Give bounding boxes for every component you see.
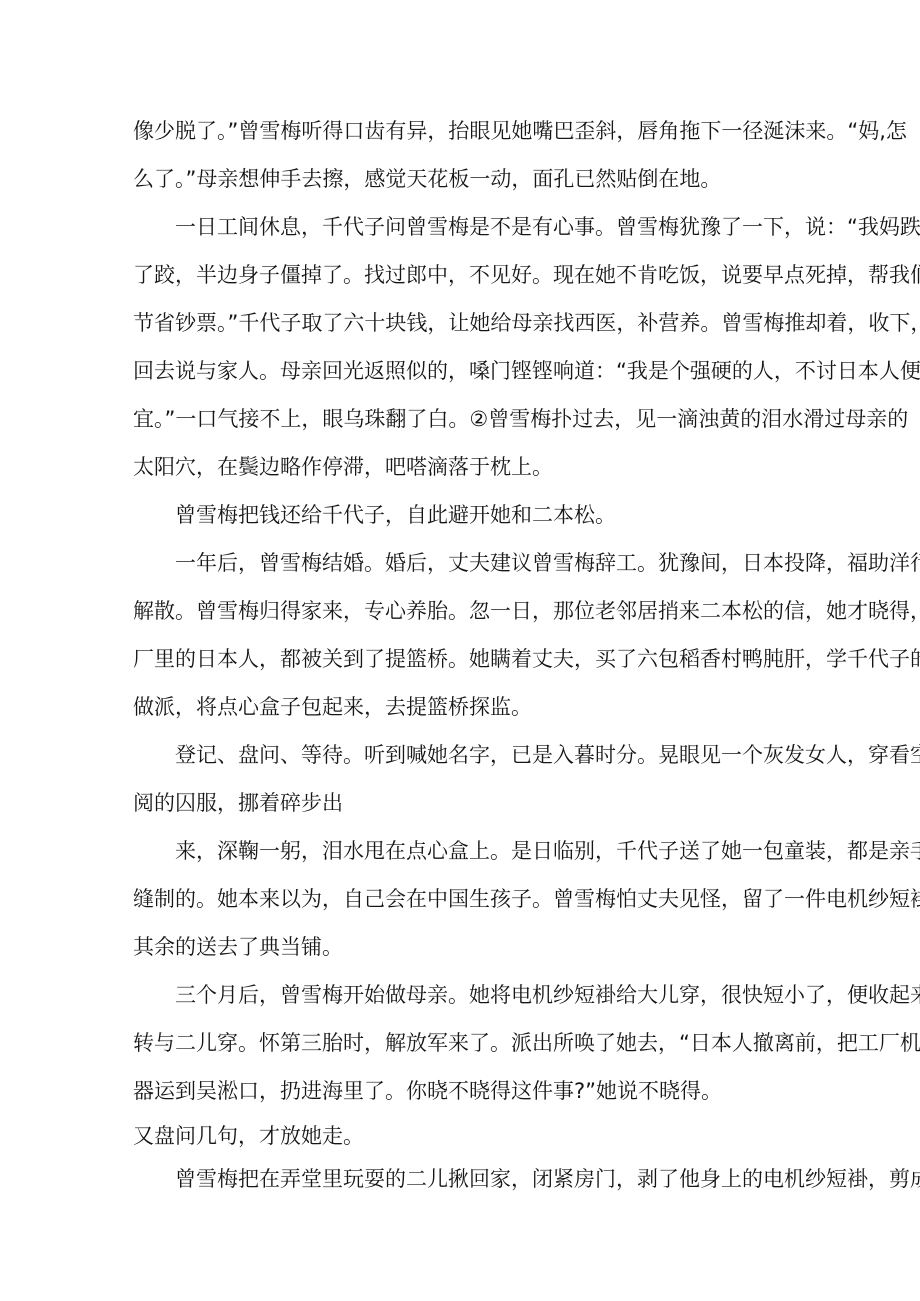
text-line-5: 节省钞票。”千代子取了六十块钱，让她给母亲找西医，补营养。曾雪梅推却着，收下， [133,299,820,347]
text-line-21: 器运到吴淞口，扔进海里了。你晓不晓得这件事?”她说不晓得。 [133,1067,820,1115]
text-line-3: 一日工间休息，千代子问曾雪梅是不是有心事。曾雪梅犹豫了一下，说：“我妈跌 [133,203,820,251]
document-text: 像少脱了。”曾雪梅听得口齿有异，抬眼见她嘴巴歪斜，唇角拖下一径涎沫来。“妈,怎么… [133,107,820,1201]
text-line-7: 宜。”一口气接不上，眼乌珠翻了白。②曾雪梅扑过去，见一滴浊黄的泪水滑过母亲的 [133,395,820,443]
text-line-17: 缝制的。她本来以为，自己会在中国生孩子。曾雪梅怕丈夫见怪，留了一件电机纱短褂， [133,875,820,923]
text-line-12: 厂里的日本人，都被关到了提篮桥。她瞒着丈夫，买了六包稻香村鸭肫肝，学千代子的 [133,635,820,683]
text-line-18: 其余的送去了典当铺。 [133,923,820,971]
text-line-8: 太阳穴，在鬓边略作停滞，吧嗒滴落于枕上。 [133,443,820,491]
text-line-19: 三个月后，曾雪梅开始做母亲。她将电机纱短褂给大儿穿，很快短小了，便收起来， [133,971,820,1019]
text-line-11: 解散。曾雪梅归得家来，专心养胎。忽一日，那位老邻居捎来二本松的信，她才晓得， [133,587,820,635]
text-line-23: 曾雪梅把在弄堂里玩耍的二儿揪回家，闭紧房门，剥了他身上的电机纱短褂，剪成 [133,1158,820,1201]
text-line-2: 么了。”母亲想伸手去擦，感觉天花板一动，面孔已然贴倒在地。 [133,155,820,203]
text-line-10: 一年后，曾雪梅结婚。婚后，丈夫建议曾雪梅辞工。犹豫间，日本投降，福助洋行 [133,539,820,587]
text-line-4: 了跤，半边身子僵掉了。找过郎中，不见好。现在她不肯吃饭，说要早点死掉，帮我们 [133,251,820,299]
text-line-16: 来，深鞠一躬，泪水甩在点心盒上。是日临别，千代子送了她一包童装，都是亲手 [133,827,820,875]
text-line-15: 阅的囚服，挪着碎步出 [133,779,820,827]
text-line-13: 做派，将点心盒子包起来，去提篮桥探监。 [133,683,820,731]
text-line-9: 曾雪梅把钱还给千代子，自此避开她和二本松。 [133,491,820,539]
text-line-20: 转与二儿穿。怀第三胎时，解放军来了。派出所唤了她去，“日本人撤离前，把工厂机 [133,1019,820,1067]
document-page: 像少脱了。”曾雪梅听得口齿有异，抬眼见她嘴巴歪斜，唇角拖下一径涎沫来。“妈,怎么… [0,0,920,1301]
text-line-6: 回去说与家人。母亲回光返照似的，嗓门铿铿响道：“我是个强硬的人，不讨日本人便 [133,347,820,395]
text-line-14: 登记、盘问、等待。听到喊她名字，已是入暮时分。晃眼见一个灰发女人，穿看空 [133,731,820,779]
text-line-1: 像少脱了。”曾雪梅听得口齿有异，抬眼见她嘴巴歪斜，唇角拖下一径涎沫来。“妈,怎 [133,107,820,155]
text-line-22: 又盘问几句，才放她走。 [133,1115,820,1158]
